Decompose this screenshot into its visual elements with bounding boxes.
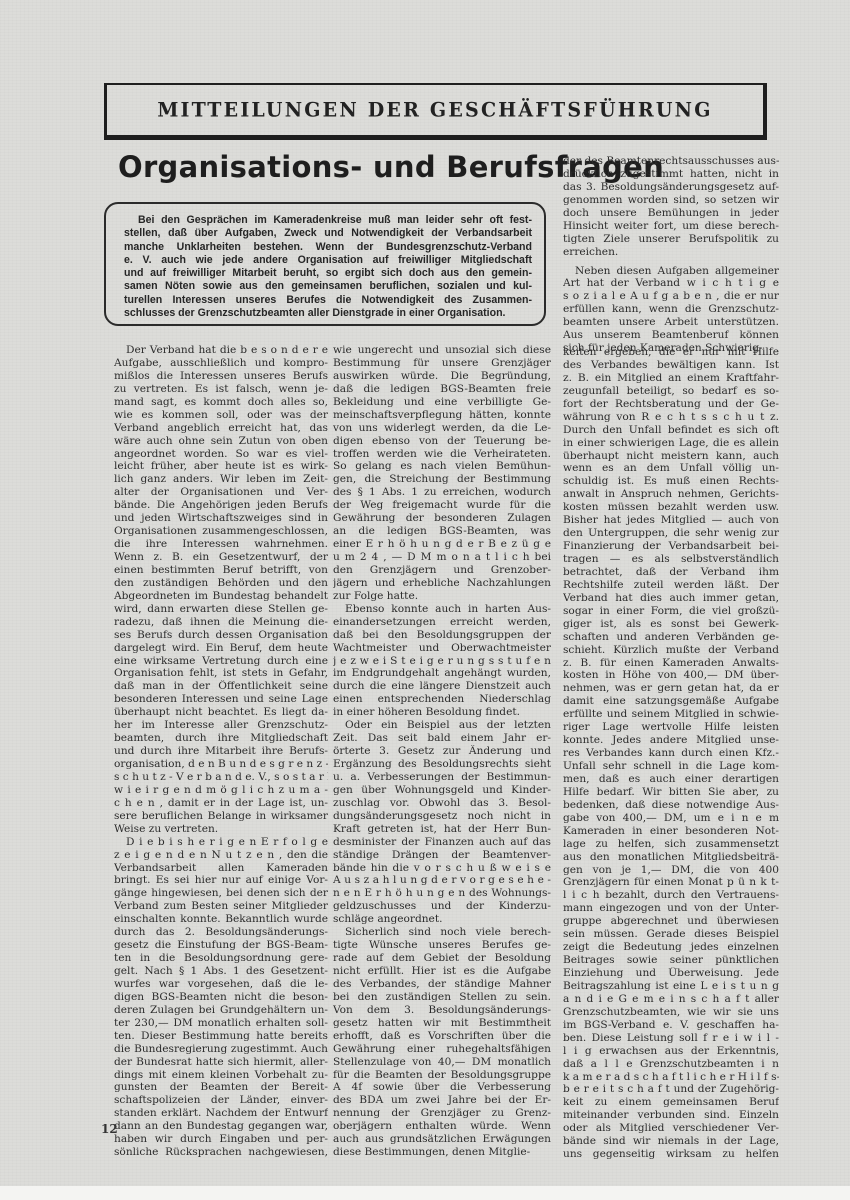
text-line: einen bestimmten Beruf betrifft, von — [114, 564, 328, 577]
text-line: die Bundesregierung zugestimmt. Auch — [114, 1043, 328, 1056]
text-line: von uns widerlegt werden, da die Le- — [333, 422, 551, 435]
text-line: men, daß es auch einer derartigen — [563, 773, 779, 786]
text-line: des Verbandes bewältigen kann. Ist — [563, 359, 779, 372]
text-line: das 3. Besoldungsänderungsgesetz auf- — [563, 181, 779, 194]
article-title: Organisations- und Berufsfragen — [118, 150, 548, 184]
text-line: geldzuschusses und der Kinderzu- — [333, 900, 551, 913]
text-line: gabe von 400,— DM, um e i n e m — [563, 812, 779, 825]
text-line: schaftspolizeien der Länder, einver- — [114, 1094, 328, 1107]
text-line: Beitrages sowie seiner pünktlichen — [563, 954, 779, 967]
text-line: den Untergruppen, die sehr wenig zur — [563, 527, 779, 540]
scanned-page: MITTEILUNGEN DER GESCHÄFTSFÜHRUNG Organi… — [0, 0, 850, 1200]
text-line: Finanzierung der Verbandsarbeit bei- — [563, 540, 779, 553]
text-line: oberjägern enthalten würde. Wenn — [333, 1120, 551, 1133]
text-line: drücklich zugestimmt hatten, nicht in — [563, 168, 779, 181]
text-line: damit eine satzungsgemäße Aufgabe — [563, 695, 779, 708]
text-line: Oder ein Beispiel aus der letzten — [333, 719, 551, 732]
text-line: daß die ledigen BGS-Beamten freie — [333, 383, 551, 396]
text-line: her im Interesse aller Grenzschutz- — [114, 719, 328, 732]
text-line: Rechtshilfe zuteil werden läßt. Der — [563, 579, 779, 592]
text-line: wie ungerecht und unsozial sich diese — [333, 344, 551, 357]
text-line: Unfall sehr schnell in die Lage kom- — [563, 760, 779, 773]
text-line: diese Bestimmungen, denen Mitglie- — [333, 1146, 551, 1159]
text-line: desminister der Finanzen auch auf das — [333, 836, 551, 849]
text-line: daß man in der Öffentlichkeit seine — [114, 680, 328, 693]
text-line: zuschlag vor. Obwohl das 3. Besol- — [333, 797, 551, 810]
text-line: oder als Mitglied verschiedener Ver- — [563, 1122, 779, 1135]
text-line: des Verbandes, der ständige Mahner — [333, 978, 551, 991]
text-line: Organisationen zusammengeschlossen, — [114, 525, 328, 538]
text-line: nehmen, was er gern getan hat, da er — [563, 682, 779, 695]
text-line: bringt. Es sei hier nur auf einige Vor- — [114, 874, 328, 887]
text-line: Bestimmung für unsere Grenzjäger — [333, 357, 551, 370]
page-bottom-edge — [0, 1186, 850, 1200]
text-line: kosten müssen bezahlt werden usw. — [563, 501, 779, 514]
text-line: Aufgabe, ausschließlich und kompro- — [114, 357, 328, 370]
text-line: a n d i e G e m e i n s c h a f t aller — [563, 993, 779, 1006]
summary-line: e. V. auch wie jede andere Organisation … — [124, 254, 532, 267]
text-line: gruppe abgerechnet und überwiesen — [563, 915, 779, 928]
article-summary-box: Bei den Gesprächen im Kameradenkreise mu… — [104, 202, 546, 326]
text-line: Verband angeblich erreicht hat, das — [114, 422, 328, 435]
text-line: gesetz hatten wir mit Bestimmtheit — [333, 1017, 551, 1030]
text-line: nennung der Grenzjäger zu Grenz- — [333, 1107, 551, 1120]
text-line: Ergänzung des Besoldungsrechts sieht — [333, 758, 551, 771]
text-line: l i c h bezahlt, durch den Vertrauens- — [563, 889, 779, 902]
text-line: schieht. Kürzlich mußte der Verband — [563, 644, 779, 657]
text-line: gunsten der Beamten der Bereit- — [114, 1081, 328, 1094]
text-line: organisation, d e n B u n d e s g r e n … — [114, 758, 328, 771]
text-line: schuldig ist. Es muß einen Rechts- — [563, 475, 779, 488]
text-line: erhofft, daß es Vorschriften über die — [333, 1030, 551, 1043]
text-line: im Endgrundgehalt angehängt wurden, — [333, 667, 551, 680]
text-line: durch das 2. Besoldungsänderungs- — [114, 926, 328, 939]
text-line: Grenzjägern für einen Monat p ü n k t- — [563, 876, 779, 889]
text-line: b e r e i t s c h a f t und der Zugehöri… — [563, 1083, 779, 1096]
text-line: wäre auch ohne sein Zutun von oben — [114, 435, 328, 448]
text-line: nicht erfüllt. Hier ist es die Aufgabe — [333, 965, 551, 978]
text-line: durch die eine längere Dienstzeit auch — [333, 680, 551, 693]
text-line: der des Beamtenrechtsausschusses aus- — [563, 155, 779, 168]
text-line: einschalten konnte. Bekanntlich wurde — [114, 913, 328, 926]
text-line: keit zu einem gemeinsamen Beruf — [563, 1096, 779, 1109]
text-line: einandersetzungen erreicht werden, — [333, 616, 551, 629]
text-line: sere beruflichen Belange in wirksamer — [114, 810, 328, 823]
text-line: So gelang es nach vielen Bemühun- — [333, 460, 551, 473]
text-column-1: Der Verband hat die b e s o n d e r eAuf… — [114, 344, 328, 1159]
text-line: erfüllen kann, wenn die Grenzschutz- — [563, 303, 779, 316]
text-line: s c h u t z - V e r b a n d e. V., s o s… — [114, 771, 328, 784]
text-line: fort der Rechtsberatung und der Ge- — [563, 398, 779, 411]
text-line: l i g erwachsen aus der Erkenntnis, — [563, 1045, 779, 1058]
text-line: betrachtet, daß der Verband ihm — [563, 566, 779, 579]
text-line: tragen — es als selbstverständlich — [563, 553, 779, 566]
text-line: ständige Drängen der Beamtenver- — [333, 849, 551, 862]
text-line: Kameraden in einer besonderen Not- — [563, 825, 779, 838]
text-line: A 4f sowie über die Verbesserung — [333, 1081, 551, 1094]
text-line: res Verbandes kann durch einen Kfz.- — [563, 747, 779, 760]
text-line: bände sind wir niemals in der Lage, — [563, 1135, 779, 1148]
text-line: s o z i a l e A u f g a b e n , die er n… — [563, 290, 779, 303]
text-line: den zuständigen Behörden und den — [114, 577, 328, 590]
text-line: währung von R e c h t s s c h u t z. — [563, 411, 779, 424]
text-line: Hinsicht weiter fort, um diese berech- — [563, 220, 779, 233]
text-line: gesetz die Einstufung der BGS-Beam- — [114, 939, 328, 952]
text-line: an die ledigen BGS-Beamten, was — [333, 525, 551, 538]
text-line: gen über Wohnungsgeld und Kinder- — [333, 784, 551, 797]
text-line: u. a. Verbesserungen der Bestimmun- — [333, 771, 551, 784]
text-line: beamten unsere Arbeit unterstützen. — [563, 316, 779, 329]
text-line: beamten, durch ihre Mitgliedschaft — [114, 732, 328, 745]
text-line: riger Lage wertvolle Hilfe leisten — [563, 721, 779, 734]
text-line: u m 2 4 , — D M m o n a t l i c h bei — [333, 551, 551, 564]
text-line: keiten ergeben, die er nur mit Hilfe — [563, 346, 779, 359]
text-line: bände. Die Angehörigen jeden Berufs — [114, 499, 328, 512]
article-summary: Bei den Gesprächen im Kameradenkreise mu… — [124, 214, 532, 320]
text-line: z. B. für einen Kameraden Anwalts- — [563, 657, 779, 670]
text-line: ter 230,— DM monatlich erhalten soll- — [114, 1017, 328, 1030]
text-line: erfüllte und seinem Mitglied in schwie- — [563, 708, 779, 721]
text-line: Stellenzulage von 40,— DM monatlich — [333, 1056, 551, 1069]
text-line: ten. Dieser Bestimmung hatte bereits — [114, 1030, 328, 1043]
text-line: D i e b i s h e r i g e n E r f o l g e — [114, 836, 328, 849]
summary-line: Bei den Gesprächen im Kameradenkreise mu… — [124, 214, 532, 227]
text-line: Aus unserem Beamtenberuf können — [563, 329, 779, 342]
text-line: Wenn z. B. ein Gesetzentwurf, der — [114, 551, 328, 564]
text-column-2: wie ungerecht und unsozial sich dieseBes… — [333, 344, 551, 1159]
text-line: besonderen Interessen und seine Lage — [114, 693, 328, 706]
text-line: bei den zuständigen Stellen zu sein. — [333, 991, 551, 1004]
text-line: Kraft getreten ist, hat der Herr Bun- — [333, 823, 551, 836]
text-line: die ihre Interessen wahrnehmen. — [114, 538, 328, 551]
text-line: erreichen. — [563, 246, 779, 259]
text-line: sein müssen. Gerade dieses Beispiel — [563, 928, 779, 941]
text-line: Sicherlich sind noch viele berech- — [333, 926, 551, 939]
text-line: auswirken würde. Die Begründung, — [333, 370, 551, 383]
text-line: im BGS-Verband e. V. geschaffen ha- — [563, 1019, 779, 1032]
summary-line: manche Unklarheiten bestehen. Wenn der B… — [124, 241, 532, 254]
text-line: Verbandsarbeit allen Kameraden — [114, 862, 328, 875]
text-line: deren Zulagen bei Grundgehältern un- — [114, 1004, 328, 1017]
text-line: Bekleidung und eine verbilligte Ge- — [333, 396, 551, 409]
text-line: n e n E r h ö h u n g e n des Wohnungs- — [333, 887, 551, 900]
text-line: des BDA um zwei Jahre bei der Er- — [333, 1094, 551, 1107]
text-line: Neben diesen Aufgaben allgemeiner — [563, 265, 779, 278]
text-line: der Weg freigemacht wurde für die — [333, 499, 551, 512]
text-line: wie es kommen soll, oder was der — [114, 409, 328, 422]
text-line: schaften und anderen Verbänden ge- — [563, 631, 779, 644]
text-line: Verband zum Besten seiner Mitglieder — [114, 900, 328, 913]
text-line: z. B. ein Mitglied an einem Kraftfahr- — [563, 372, 779, 385]
text-line: Durch den Unfall befindet es sich oft — [563, 424, 779, 437]
text-line: Hilfe bedarf. Wir bitten Sie aber, zu — [563, 786, 779, 799]
text-line: w i e i r g e n d m ö g l i c h z u m a … — [114, 784, 328, 797]
text-line: rade auf dem Gebiet der Besoldung — [333, 952, 551, 965]
text-line: der Bundesrat hatte sich hiermit, aller- — [114, 1056, 328, 1069]
text-line: in einer schwierigen Lage, die es allein — [563, 437, 779, 450]
summary-line: und auf freiwilliger Mitarbeit beruht, s… — [124, 267, 532, 280]
text-line: wird, dann erwarten diese Stellen ge- — [114, 603, 328, 616]
text-line: Grenzschutzbeamten, wie wir sie uns — [563, 1006, 779, 1019]
text-line: Gewährung der besonderen Zulagen — [333, 512, 551, 525]
text-line: z e i g e n d e n N u t z e n , den die — [114, 849, 328, 862]
text-line: genommen worden sind, so setzen wir — [563, 194, 779, 207]
text-line: leicht früher, aber heute ist es wirk- — [114, 460, 328, 473]
text-line: des § 1 Abs. 1 zu erreichen, wodurch — [333, 486, 551, 499]
text-line: gen, die Streichung der Bestimmung — [333, 473, 551, 486]
text-line: Zeit. Das seit bald einem Jahr er- — [333, 732, 551, 745]
text-line: bedenken, daß diese notwendige Aus- — [563, 799, 779, 812]
text-line: einen entsprechenden Niederschlag — [333, 693, 551, 706]
text-line: ten in die Besoldungsordnung gere- — [114, 952, 328, 965]
section-title: MITTEILUNGEN DER GESCHÄFTSFÜHRUNG — [157, 98, 712, 121]
text-line: alter der Organisationen und Ver- — [114, 486, 328, 499]
text-line: tigten Ziele unserer Berufspolitik zu — [563, 233, 779, 246]
text-line: jägern und erhebliche Nachzahlungen — [333, 577, 551, 590]
text-line: mißlos die Interessen unseres Berufs — [114, 370, 328, 383]
text-line: dungsänderungsgesetz noch nicht in — [333, 810, 551, 823]
text-line: den Grenzjägern und Grenzober- — [333, 564, 551, 577]
text-line: angeordnet worden. So war es viel- — [114, 448, 328, 461]
text-line: mand sagt, es kommt doch alles so, — [114, 396, 328, 409]
text-line: digen ebenso von der Teuerung be- — [333, 435, 551, 448]
text-line: in einer höheren Besoldung findet. — [333, 706, 551, 719]
text-line: überhaupt nicht meistern kann, auch — [563, 450, 779, 463]
text-line: sogar in einer Form, die viel großzü- — [563, 605, 779, 618]
text-line: Art hat der Verband w i c h t i g e — [563, 277, 779, 290]
text-line: Beitragszahlung ist eine L e i s t u n g — [563, 980, 779, 993]
text-line: bände hin die v o r s c h u ß w e i s e — [333, 862, 551, 875]
text-line: gänge hingewiesen, bei denen sich der — [114, 887, 328, 900]
text-line: zur Folge hatte. — [333, 590, 551, 603]
text-line: Abgeordneten im Bundestag behandelt — [114, 590, 328, 603]
text-line: ben. Diese Leistung soll f r e i w i l - — [563, 1032, 779, 1045]
text-line: örterte 3. Gesetz zur Änderung und — [333, 745, 551, 758]
text-line: auch aus grundsätzlichen Erwägungen — [333, 1133, 551, 1146]
text-column-3: keiten ergeben, die er nur mit Hilfedes … — [563, 346, 779, 1161]
text-line: und durch ihre Mitarbeit ihre Berufs- — [114, 745, 328, 758]
text-line: giger ist, als es sonst bei Gewerk- — [563, 618, 779, 631]
text-line: Wachtmeister und Oberwachtmeister — [333, 642, 551, 655]
text-column-3-top: der des Beamtenrechtsausschusses aus-drü… — [563, 155, 779, 355]
text-line: überhaupt nicht beachtet. Es liegt da- — [114, 706, 328, 719]
text-line: Einziehung und Überweisung. Jede — [563, 967, 779, 980]
text-line: doch unsere Bemühungen in jeder — [563, 207, 779, 220]
text-line: Gewährung einer ruhegehaltsfähigen — [333, 1043, 551, 1056]
text-line: aus den monatlichen Mitgliedsbeiträ- — [563, 851, 779, 864]
text-line: c h e n , damit er in der Lage ist, un- — [114, 797, 328, 810]
text-line: radezu, daß ihnen die Meinung die- — [114, 616, 328, 629]
section-header-box: MITTEILUNGEN DER GESCHÄFTSFÜHRUNG — [104, 83, 767, 140]
summary-line: samen Nöten sowie aus den gemeinsamen be… — [124, 280, 532, 293]
text-line: Weise zu vertreten. — [114, 823, 328, 836]
text-line: schläge angeordnet. — [333, 913, 551, 926]
text-line: zeigt die Bedeutung jedes einzelnen — [563, 941, 779, 954]
text-line: A u s z a h l u n g d e r v o r g e s e … — [333, 874, 551, 887]
text-line: uns gegenseitig wirksam zu helfen — [563, 1148, 779, 1161]
text-line: Organisation fehlt, ist stets in Gefahr, — [114, 667, 328, 680]
text-line: j e z w e i S t e i g e r u n g s s t u … — [333, 655, 551, 668]
text-line: miteinander verbunden sind. Einzeln — [563, 1109, 779, 1122]
text-line: konnte. Jedes andere Mitglied unse- — [563, 734, 779, 747]
text-line: gelt. Nach § 1 Abs. 1 des Gesetzent- — [114, 965, 328, 978]
text-line: gen von je 1,— DM, die von 400 — [563, 864, 779, 877]
text-line: sönliche Rücksprachen nachgewiesen, — [114, 1146, 328, 1159]
text-line: und jeden Wirtschaftszweiges sind in — [114, 512, 328, 525]
text-line: k a m e r a d s c h a f t l i c h e r H … — [563, 1071, 779, 1084]
text-line: anwalt in Anspruch nehmen, Gerichts- — [563, 488, 779, 501]
text-line: daß a l l e Grenzschutzbeamten i n — [563, 1058, 779, 1071]
text-line: Der Verband hat die b e s o n d e r e — [114, 344, 328, 357]
text-line: Verband hat dies auch immer getan, — [563, 592, 779, 605]
text-line: zu vertreten. Es ist falsch, wenn je- — [114, 383, 328, 396]
summary-line: turellen Interessen unseres Berufes die … — [124, 294, 532, 307]
text-line: haben wir durch Eingaben und per- — [114, 1133, 328, 1146]
text-line: Von dem 3. Besoldungsänderungs- — [333, 1004, 551, 1017]
text-line: wenn es an dem Unfall völlig un- — [563, 462, 779, 475]
text-line: dings mit einem kleinen Vorbehalt zu- — [114, 1069, 328, 1082]
text-line: digen BGS-Beamten nicht die beson- — [114, 991, 328, 1004]
text-line: dargelegt wird. Ein Beruf, dem heute — [114, 642, 328, 655]
summary-line: stellen, daß über Aufgaben, Zweck und No… — [124, 227, 532, 240]
text-line: tigte Wünsche unseres Berufes ge- — [333, 939, 551, 952]
text-line: mann eingezogen und von der Unter- — [563, 902, 779, 915]
text-line: lich ganz anders. Wir leben im Zeit- — [114, 473, 328, 486]
text-line: Ebenso konnte auch in harten Aus- — [333, 603, 551, 616]
text-line: standen erklärt. Nachdem der Entwurf — [114, 1107, 328, 1120]
text-line: ses Berufs durch dessen Organisation — [114, 629, 328, 642]
text-line: für die Beamten der Besoldungsgruppe — [333, 1069, 551, 1082]
text-line: zeugunfall beteiligt, so bedarf es so- — [563, 385, 779, 398]
text-line: lage zu helfen, sich zusammensetzt — [563, 838, 779, 851]
summary-line: schlusses der Grenzschutzbeamten aller D… — [124, 307, 532, 320]
text-line: dann an den Bundestag gegangen war, — [114, 1120, 328, 1133]
page-number: 12 — [101, 1122, 118, 1136]
text-line: Bisher hat jedes Mitglied — auch von — [563, 514, 779, 527]
text-line: wurfes war vorgesehen, daß die le- — [114, 978, 328, 991]
text-line: meinschaftsverpflegung hätten, konnte — [333, 409, 551, 422]
text-line: troffen werden wie die Verheirateten. — [333, 448, 551, 461]
text-line: daß bei den Besoldungsgruppen der — [333, 629, 551, 642]
text-line: einer E r h ö h u n g d e r B e z ü g e — [333, 538, 551, 551]
text-line: eine wirksame Vertretung durch eine — [114, 655, 328, 668]
text-line: kosten in Höhe von 400,— DM über- — [563, 669, 779, 682]
